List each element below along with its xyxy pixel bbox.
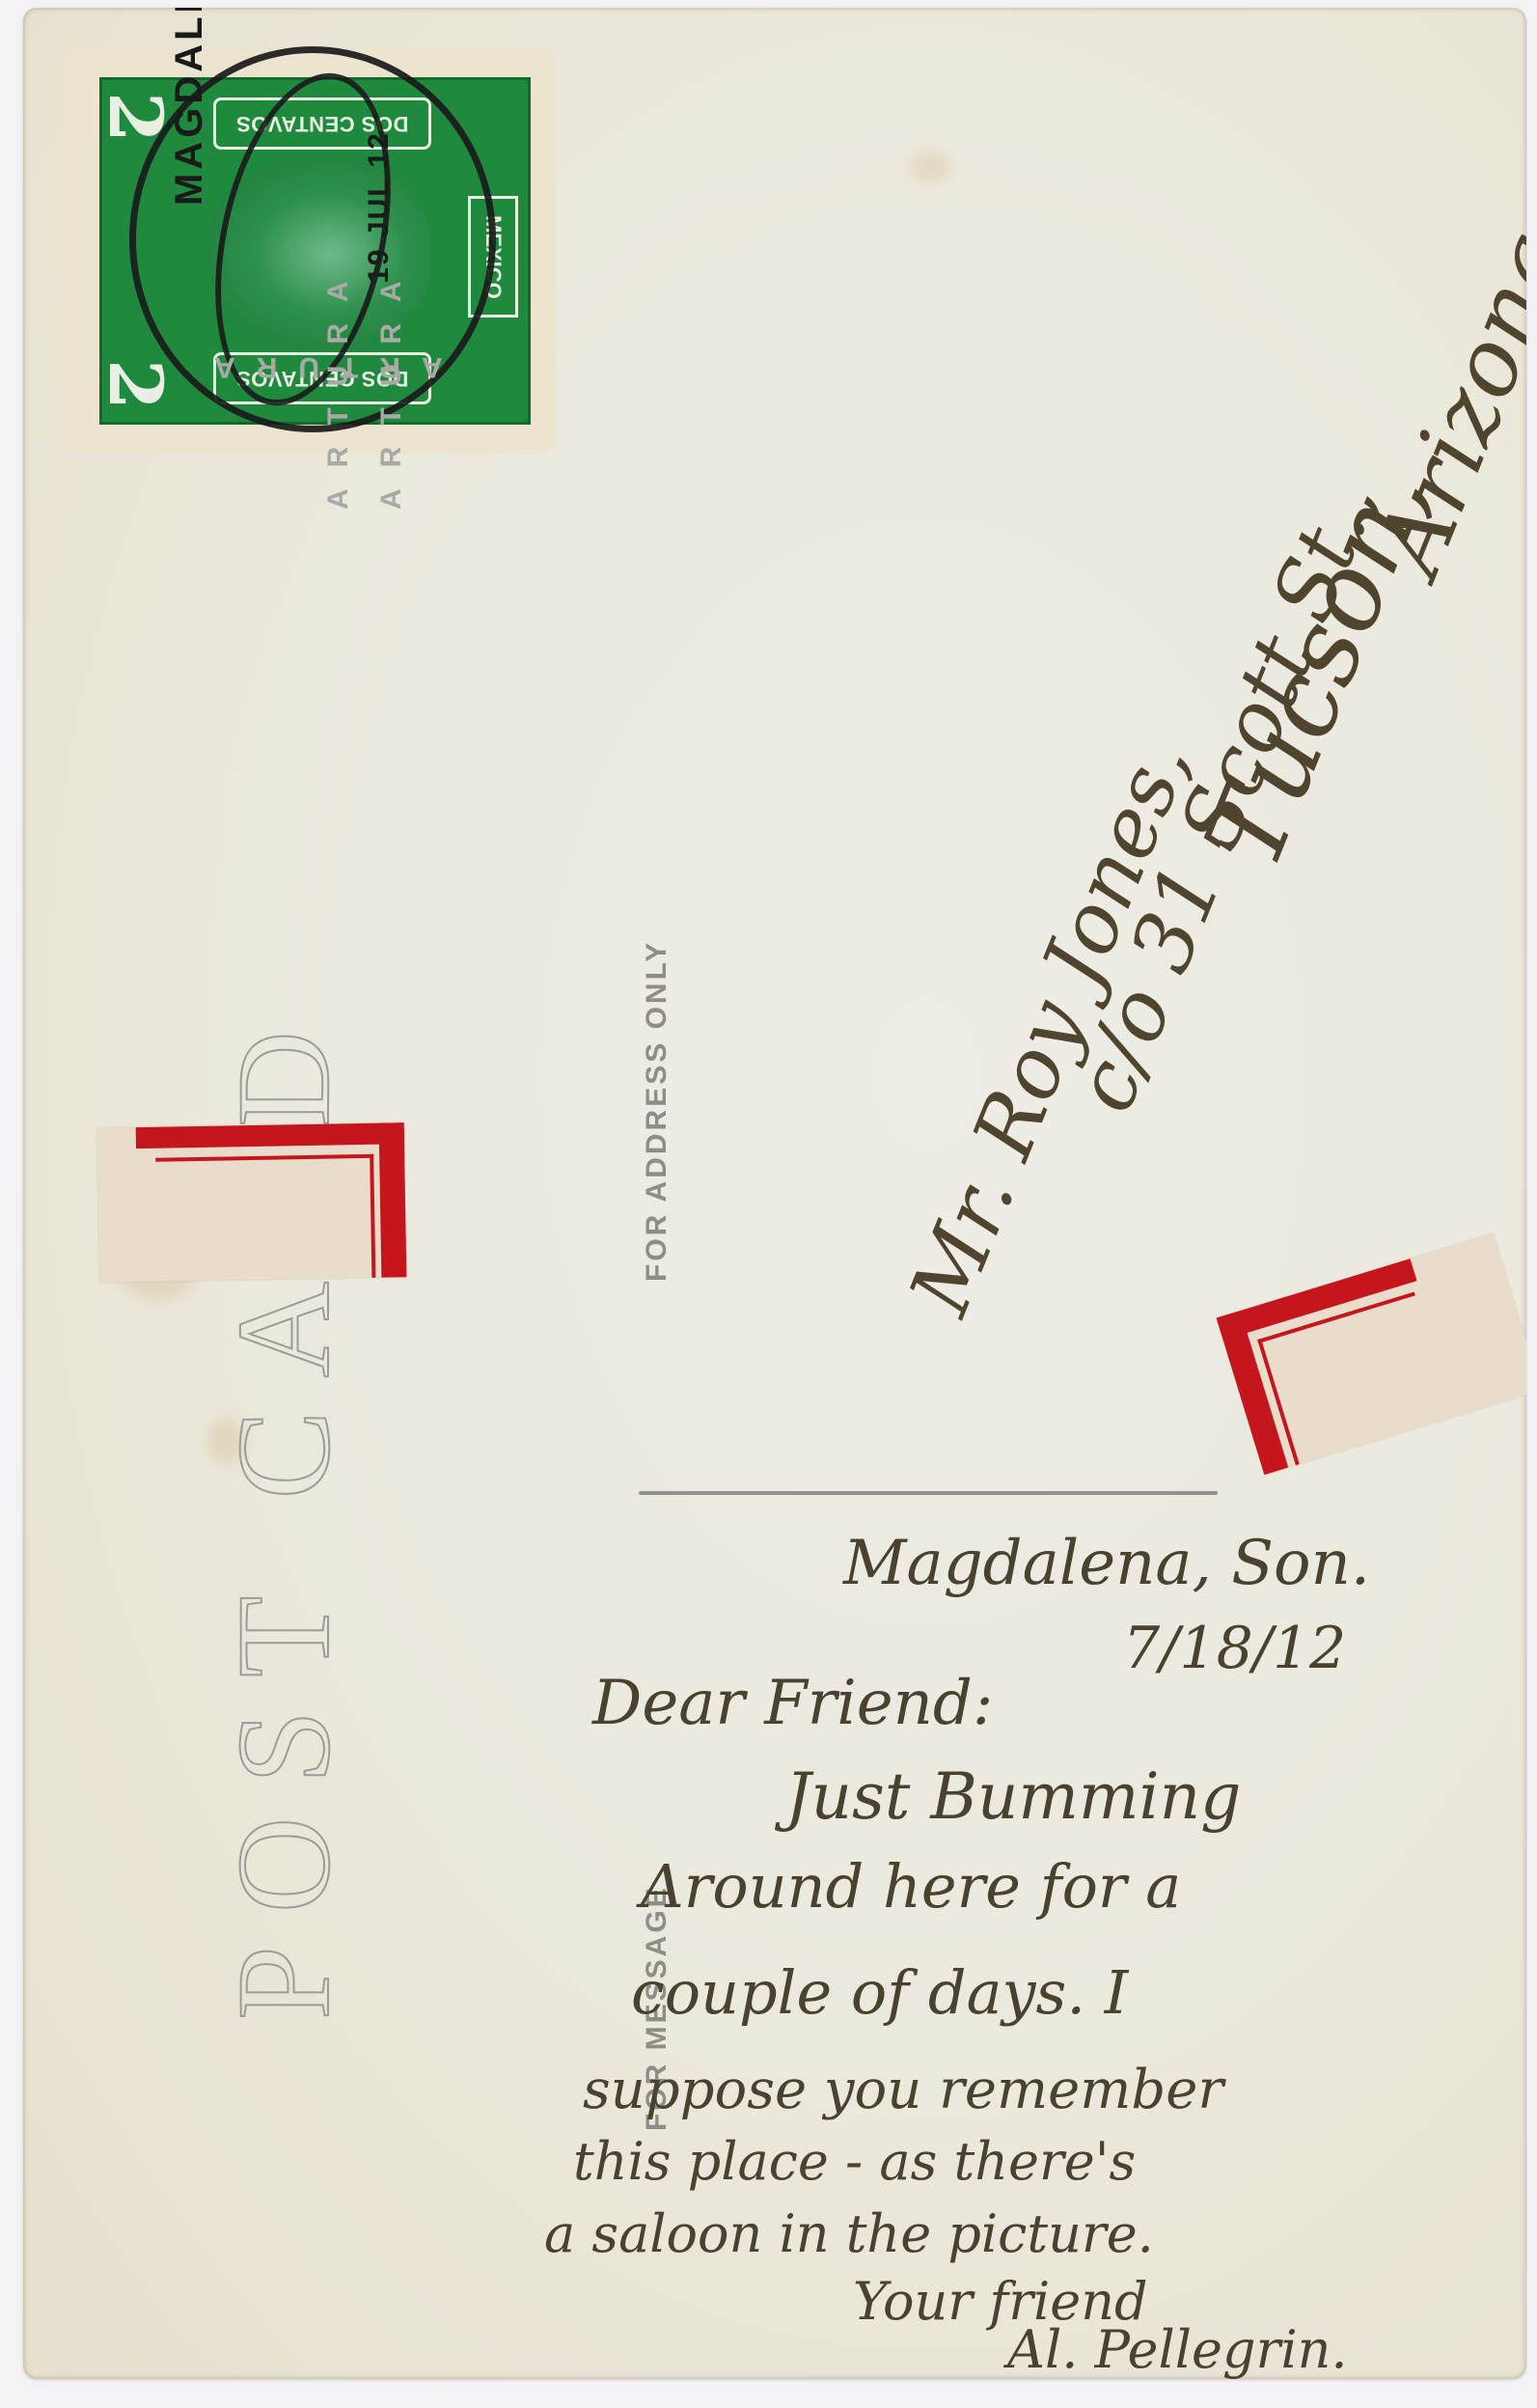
stamp-box-text: ARTURA bbox=[322, 260, 355, 510]
address-line-4: Arizona. bbox=[1355, 187, 1526, 589]
stamp-box-text: ARTURA bbox=[375, 260, 408, 510]
message-line: Around here for a bbox=[641, 1851, 1181, 1922]
message-line: this place - as there's bbox=[573, 2131, 1136, 2192]
message-date: 7/18/12 bbox=[1123, 1615, 1346, 1682]
message-line: couple of days. I bbox=[631, 1957, 1128, 2028]
photo-corner-mount-right bbox=[1217, 1233, 1526, 1475]
stamp-numeral: 2 bbox=[93, 359, 178, 410]
postmark-town: MAGDALENA SON. bbox=[168, 8, 211, 206]
photo-corner-mount-left bbox=[97, 1122, 407, 1283]
message-line: a saloon in the picture. bbox=[544, 2203, 1154, 2264]
stain bbox=[911, 152, 949, 181]
message-place: Magdalena, Son. bbox=[843, 1528, 1370, 1599]
message-signature: Al. Pellegrin. bbox=[1007, 2319, 1348, 2379]
postcard-back: 2 2 DOS CENTAVOS DOS CENTAVOS MEXICO MAG… bbox=[23, 8, 1526, 2379]
message-line: suppose you remember bbox=[583, 2059, 1223, 2121]
address-message-divider bbox=[639, 1491, 1218, 1495]
address-label: FOR ADDRESS ONLY bbox=[641, 940, 673, 1282]
message-line: Just Bumming bbox=[785, 1759, 1241, 1834]
message-salutation: Dear Friend: bbox=[592, 1668, 993, 1739]
